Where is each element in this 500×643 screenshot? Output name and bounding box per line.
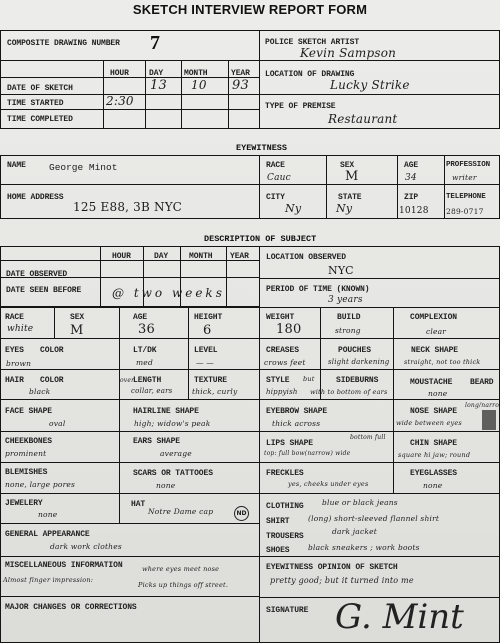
hair-color-label: COLOR (40, 376, 64, 385)
ink-smudge (482, 410, 496, 430)
miscellaneous-information-label: MISCELLANEOUS INFORMATION (5, 561, 123, 570)
period-of-time-label: PERIOD OF TIME (KNOWN) (266, 285, 369, 294)
freckles-value: yes, cheeks under eyes (288, 480, 369, 488)
subject-sex-label: SEX (70, 313, 84, 322)
pouches-label: POUCHES (338, 346, 371, 355)
hair-length-label: LENGTH (133, 376, 161, 385)
jewelery-label: JEWELERY (5, 499, 43, 508)
general-appearance-field[interactable] (0, 523, 260, 557)
shirt-label: SHIRT (266, 517, 290, 526)
eyes-level-label: LEVEL (194, 346, 218, 355)
major-changes-label: MAJOR CHANGES OR CORRECTIONS (5, 603, 137, 612)
cheekbones-value: prominent (5, 449, 46, 458)
beard-label: BEARD (470, 378, 494, 387)
date-seen-before-value: @ two weeks (112, 286, 225, 300)
shoes-label: SHOES (266, 546, 290, 555)
jewelery-value: none (38, 510, 57, 519)
ears-shape-label: EARS SHAPE (133, 437, 180, 446)
eyewitness-heading: EYEWITNESS (236, 143, 287, 153)
subject-complexion-value: clear (426, 327, 446, 336)
eyes-level-value: — — (196, 358, 214, 367)
eyewitness-state-label: STATE (338, 193, 362, 202)
time-started-value: 2:30 (106, 94, 134, 108)
general-appearance-value: dark work clothes (50, 542, 122, 551)
hat-value: Notre Dame cap (148, 507, 213, 516)
eyewitness-city-value: Ny (285, 202, 301, 215)
neck-shape-value: straight, not too thick (404, 358, 480, 366)
subject-heading: DESCRIPTION OF SUBJECT (204, 234, 316, 244)
time-completed-day (145, 109, 182, 129)
eyewitness-opinion-label: EYEWITNESS OPINION OF SKETCH (266, 563, 398, 572)
hair-length-value-a: over (120, 377, 134, 384)
eyes-color-value: brown (6, 359, 31, 368)
neck-shape-label: NECK SHAPE (411, 346, 458, 355)
eyeglasses-label: EYEGLASSES (410, 469, 457, 478)
moustache-label: MOUSTACHE (410, 378, 452, 387)
freckles-label: FRECKLES (266, 469, 304, 478)
misc-info-value-a: Almost finger impression: (3, 576, 93, 584)
type-of-premise-label: TYPE OF PREMISE (265, 102, 336, 111)
eyes-lt-dk-label: LT/DK (133, 346, 157, 355)
subject-build-value: strong (335, 326, 361, 335)
hairline-shape-label: HAIRLINE SHAPE (133, 407, 199, 416)
creases-value: crows feet (264, 358, 306, 367)
time-completed-hour[interactable] (103, 109, 146, 129)
hair-style-value-b: hippyish (266, 388, 298, 396)
shirt-value: (long) short-sleeved flannel shirt (308, 514, 439, 523)
face-shape-value: oval (49, 419, 65, 428)
time-started-label: TIME STARTED (7, 99, 63, 108)
date-grid-blank (0, 60, 104, 78)
scars-tattoos-label: SCARS OR TATTOOES (133, 469, 213, 478)
scars-tattoos-value: none (156, 481, 175, 490)
eyewitness-opinion-value: pretty good; but it turned into me (270, 576, 414, 585)
trousers-value: dark jacket (332, 527, 377, 536)
hair-length-value-b: collar, ears (131, 387, 172, 395)
notre-dame-logo-sketch: ND (234, 506, 249, 521)
time-completed-year (228, 109, 260, 129)
eyeglasses-field[interactable] (393, 462, 500, 494)
blemishes-label: BLEMISHES (5, 468, 47, 477)
hair-label: HAIR (5, 376, 24, 385)
eyewitness-zip-value: 10128 (399, 206, 429, 216)
hat-label: HAT (131, 500, 145, 509)
subject-weight-value: 180 (276, 322, 301, 337)
form-title: SKETCH INTERVIEW REPORT FORM (0, 2, 500, 17)
subject-date-grid-blank (0, 246, 101, 261)
eyewitness-zip-label: ZIP (404, 193, 418, 202)
date-of-sketch-label: DATE OF SKETCH (7, 84, 73, 93)
lips-shape-label: LIPS SHAPE (266, 439, 313, 448)
pouches-value: slight darkening (328, 358, 389, 366)
date-of-sketch-month-value: 10 (191, 78, 207, 92)
eyewitness-home-address-value: 125 E88, 3B NYC (73, 200, 182, 214)
clothing-value: blue or black jeans (322, 498, 398, 507)
nose-shape-value-b: wide between eyes (396, 419, 462, 427)
date-of-sketch-day-value: 13 (150, 78, 167, 93)
subject-height-field[interactable] (188, 307, 260, 339)
subject-sex-value: M (70, 323, 84, 338)
eyewitness-race-label: RACE (266, 161, 285, 170)
subject-complexion-label: COMPLEXION (410, 313, 457, 322)
subject-height-label: HEIGHT (194, 313, 222, 322)
eyes-lt-dk-value: med (136, 358, 153, 367)
signature-value: G. Mint (335, 597, 464, 637)
time-completed-month (181, 109, 229, 129)
hair-texture-value: thick, curly (192, 387, 237, 396)
type-of-premise-value: Restaurant (328, 112, 397, 126)
nose-shape-value-a: long/narrow (465, 402, 500, 409)
subject-weight-label: WEIGHT (266, 313, 294, 322)
date-seen-before-label: DATE SEEN BEFORE (6, 286, 81, 295)
eyewitness-profession-value: writer (452, 173, 477, 182)
eyewitness-sex-value: M (345, 169, 359, 184)
signature-label: SIGNATURE (266, 606, 308, 615)
date-observed-hour[interactable] (100, 260, 144, 278)
cheekbones-field[interactable] (0, 431, 120, 463)
misc-info-value-b: where eyes meet nose (142, 565, 219, 573)
subject-sex-field[interactable] (54, 307, 120, 339)
blemishes-field[interactable] (0, 462, 120, 494)
misc-info-value-c: Picks up things off street. (138, 581, 228, 589)
date-observed-day[interactable] (143, 260, 181, 278)
period-of-time-value: 3 years (328, 295, 363, 305)
eyewitness-race-value: Cauc (267, 173, 291, 183)
eyewitness-sex-field[interactable] (326, 155, 398, 185)
location-observed-value: NYC (328, 264, 354, 277)
freckles-field[interactable] (259, 462, 394, 494)
face-shape-label: FACE SHAPE (5, 407, 52, 416)
subject-age-label: AGE (133, 313, 147, 322)
composite-drawing-number-label: COMPOSITE DRAWING NUMBER (7, 39, 120, 48)
eyewitness-name-label: NAME (7, 161, 26, 170)
sideburns-label: SIDEBURNS (336, 376, 378, 385)
cheekbones-label: CHEEKBONES (5, 437, 52, 446)
date-of-sketch-year-value: 93 (232, 78, 249, 93)
subject-age-value: 36 (138, 322, 155, 337)
ears-shape-value: average (160, 449, 192, 458)
location-observed-field[interactable] (259, 246, 500, 279)
eyes-color-label: COLOR (40, 346, 64, 355)
ears-shape-field[interactable] (119, 431, 260, 463)
clothing-label: CLOTHING (266, 502, 304, 511)
eyewitness-city-label: CITY (266, 193, 285, 202)
date-of-sketch-hour[interactable] (103, 77, 146, 95)
subject-height-value: 6 (203, 323, 211, 338)
lips-shape-value-a: bottom full (350, 434, 386, 441)
subject-race-value: white (7, 324, 33, 334)
general-appearance-label: GENERAL APPEARANCE (5, 530, 90, 539)
hair-style-value-a: but (303, 375, 315, 383)
trousers-label: TROUSERS (266, 532, 304, 541)
police-sketch-artist-value: Kevin Sampson (300, 46, 396, 60)
shoes-value: black sneakers ; work boots (308, 543, 420, 552)
eyewitness-telephone-label: TELEPHONE (446, 193, 486, 201)
eyewitness-profession-label: PROFESSION (446, 161, 490, 169)
subject-race-label: RACE (5, 313, 24, 322)
time-started-month (181, 94, 229, 110)
eyewitness-age-label: AGE (404, 161, 418, 170)
eyewitness-home-address-label: HOME ADDRESS (7, 193, 63, 202)
blemishes-value: none, large pores (5, 480, 75, 489)
eyes-label: EYES (5, 346, 24, 355)
moustache-beard-value: none (428, 389, 447, 398)
date-observed-year[interactable] (226, 260, 260, 278)
eyewitness-age-value: 34 (405, 173, 417, 183)
eyewitness-telephone-value: 289-0717 (446, 207, 484, 216)
sideburns-value: with to bottom of ears (310, 388, 388, 396)
location-observed-label: LOCATION OBSERVED (266, 253, 346, 262)
location-of-drawing-value: Lucky Strike (330, 78, 410, 92)
chin-shape-label: CHIN SHAPE (410, 439, 457, 448)
subject-race-field[interactable] (0, 307, 55, 339)
eyebrow-shape-label: EYEBROW SHAPE (266, 407, 327, 416)
date-observed-month[interactable] (180, 260, 227, 278)
subject-complexion-field[interactable] (393, 307, 500, 339)
hairline-shape-value: high; widow's peak (134, 419, 210, 428)
hair-color-value: black (29, 387, 50, 396)
eyewitness-state-value: Ny (336, 202, 352, 215)
time-completed-label: TIME COMPLETED (7, 115, 73, 124)
chin-shape-value: square hi jaw; round (398, 451, 470, 459)
composite-drawing-number-value: 7 (150, 32, 160, 55)
time-started-year (228, 94, 260, 110)
eyeglasses-value: none (423, 481, 442, 490)
nose-shape-label: NOSE SHAPE (410, 407, 457, 416)
scars-tattoos-field[interactable] (119, 462, 260, 494)
jewelery-field[interactable] (0, 493, 120, 524)
creases-label: CREASES (266, 346, 299, 355)
hair-style-label: STYLE (266, 376, 290, 385)
hair-texture-label: TEXTURE (194, 376, 227, 385)
subject-build-label: BUILD (337, 313, 361, 322)
eyewitness-name-field[interactable] (0, 155, 260, 185)
eyebrow-shape-value: thick across (272, 419, 320, 428)
time-started-day (145, 94, 182, 110)
sketch-interview-report-form: SKETCH INTERVIEW REPORT FORM COMPOSITE D… (0, 0, 500, 643)
date-seen-before-year[interactable] (226, 277, 260, 307)
lips-shape-value-b: top: full bow(narrow) wide (264, 450, 350, 457)
eyewitness-name-value: George Minot (49, 162, 117, 173)
